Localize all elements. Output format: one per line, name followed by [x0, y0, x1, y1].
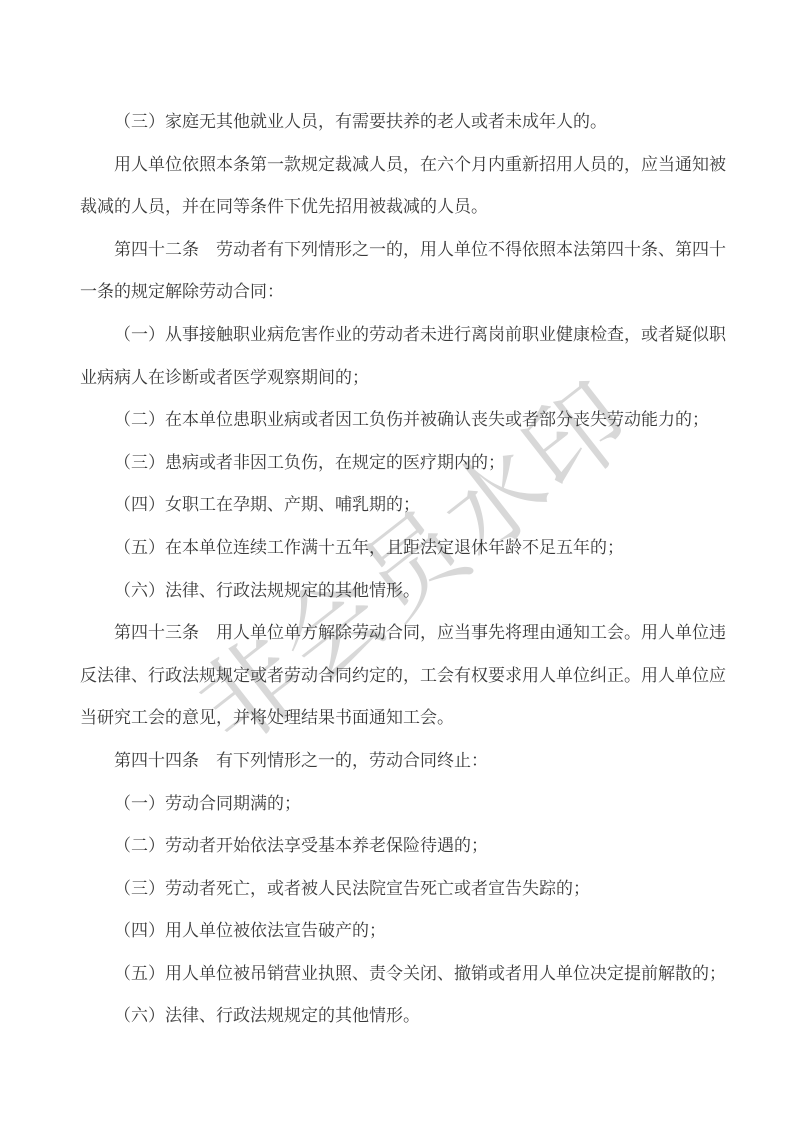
- text-line: （四）用人单位被依法宣告破产的；: [80, 910, 740, 953]
- text-line: 第四十二条 劳动者有下列情形之一的，用人单位不得依照本法第四十条、第四十: [80, 229, 740, 272]
- text-line: （五）在本单位连续工作满十五年，且距法定退休年龄不足五年的；: [80, 527, 740, 570]
- text-line: （五）用人单位被吊销营业执照、责令关闭、撤销或者用人单位决定提前解散的；: [80, 953, 740, 996]
- text-line: 反法律、行政法规规定或者劳动合同约定的，工会有权要求用人单位纠正。用人单位应: [80, 655, 740, 698]
- text-line: 用人单位依照本条第一款规定裁减人员，在六个月内重新招用人员的，应当通知被: [80, 144, 740, 187]
- text-line: （三）家庭无其他就业人员，有需要扶养的老人或者未成年人的。: [80, 101, 740, 144]
- text-line: （六）法律、行政法规规定的其他情形。: [80, 570, 740, 613]
- text-line: 第四十四条 有下列情形之一的，劳动合同终止：: [80, 740, 740, 783]
- text-line: （三）劳动者死亡，或者被人民法院宣告死亡或者宣告失踪的；: [80, 868, 740, 911]
- text-line: 第四十三条 用人单位单方解除劳动合同，应当事先将理由通知工会。用人单位违: [80, 612, 740, 655]
- text-line: （一）劳动合同期满的；: [80, 783, 740, 826]
- text-line: （四）女职工在孕期、产期、哺乳期的；: [80, 484, 740, 527]
- text-line: 业病病人在诊断或者医学观察期间的；: [80, 357, 740, 400]
- text-line: 裁减的人员，并在同等条件下优先招用被裁减的人员。: [80, 186, 740, 229]
- text-line: 当研究工会的意见，并将处理结果书面通知工会。: [80, 697, 740, 740]
- text-line: （三）患病或者非因工负伤，在规定的医疗期内的；: [80, 442, 740, 485]
- text-line: （二）在本单位患职业病或者因工负伤并被确认丧失或者部分丧失劳动能力的；: [80, 399, 740, 442]
- document-body: （三）家庭无其他就业人员，有需要扶养的老人或者未成年人的。用人单位依照本条第一款…: [80, 101, 740, 1038]
- text-line: 一条的规定解除劳动合同：: [80, 271, 740, 314]
- text-line: （一）从事接触职业病危害作业的劳动者未进行离岗前职业健康检查，或者疑似职: [80, 314, 740, 357]
- text-line: （六）法律、行政法规规定的其他情形。: [80, 995, 740, 1038]
- text-line: （二）劳动者开始依法享受基本养老保险待遇的；: [80, 825, 740, 868]
- document-page: 非会员水印 （三）家庭无其他就业人员，有需要扶养的老人或者未成年人的。用人单位依…: [0, 0, 800, 1131]
